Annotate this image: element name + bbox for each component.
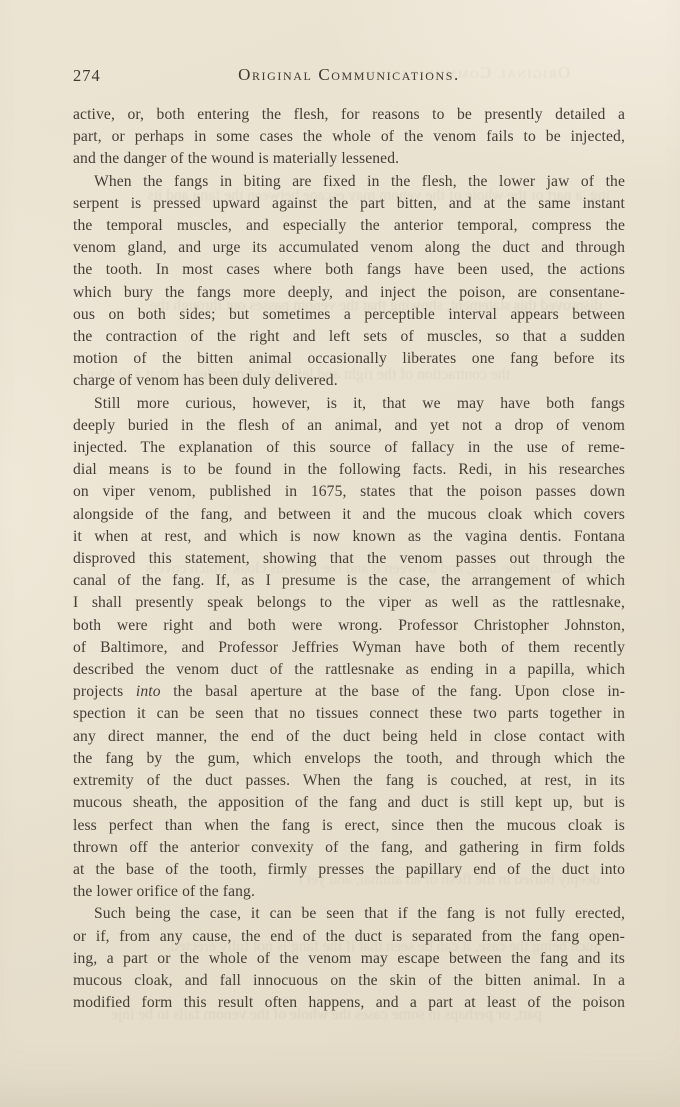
text-line: and the danger of the wound is materiall…: [73, 148, 625, 170]
text-segment: the basal aperture at the base of the fa…: [161, 683, 625, 700]
text-line: venom gland, and urge its accumulated ve…: [73, 237, 625, 259]
text-line: disproved this statement, showing that t…: [73, 548, 625, 570]
text-line: deeply buried in the flesh of an animal,…: [73, 415, 625, 437]
text-line: thrown off the anterior convexity of the…: [73, 837, 625, 859]
text-line: modified form this result often happens,…: [73, 992, 625, 1014]
text-line: When the fangs in biting are fixed in th…: [73, 171, 625, 193]
scanned-book-page: Original Communications. ing, a part or …: [0, 0, 680, 1107]
text-line: or if, from any cause, the end of the du…: [73, 926, 625, 948]
paragraph: When the fangs in biting are fixed in th…: [73, 171, 625, 393]
text-line: projects into the basal aperture at the …: [73, 681, 625, 703]
text-line: described the venom duct of the rattlesn…: [73, 659, 625, 681]
printed-content: 274 Original Communications. active, or,…: [0, 0, 680, 1107]
text-line: the lower orifice of the fang.: [73, 881, 625, 903]
text-line: extremity of the duct passes. When the f…: [73, 770, 625, 792]
page-header: 274 Original Communications.: [73, 65, 625, 87]
text-line: mucous sheath, the apposition of the fan…: [73, 792, 625, 814]
text-line: any direct manner, the end of the duct b…: [73, 726, 625, 748]
text-line: the tooth. In most cases where both fang…: [73, 259, 625, 281]
text-line: I shall presently speak belongs to the v…: [73, 592, 625, 614]
text-line: motion of the bitten animal occasionally…: [73, 348, 625, 370]
text-line: part, or perhaps in some cases the whole…: [73, 126, 625, 148]
text-line: canal of the fang. If, as I presume is t…: [73, 570, 625, 592]
text-line: it when at rest, and which is now known …: [73, 526, 625, 548]
text-line: injected. The explanation of this source…: [73, 437, 625, 459]
text-line: charge of venom has been duly delivered.: [73, 370, 625, 392]
text-line: of Baltimore, and Professor Jeffries Wym…: [73, 637, 625, 659]
italic-word: into: [136, 683, 161, 700]
text-line: Such being the case, it can be seen that…: [73, 903, 625, 925]
text-line: spection it can be seen that no tissues …: [73, 703, 625, 725]
text-line: both were right and both were wrong. Pro…: [73, 615, 625, 637]
text-line: less perfect than when the fang is erect…: [73, 815, 625, 837]
text-line: the fang by the gum, which envelops the …: [73, 748, 625, 770]
text-line: which bury the fangs more deeply, and in…: [73, 282, 625, 304]
text-line: active, or, both entering the flesh, for…: [73, 104, 625, 126]
text-line: dial means is to be found in the followi…: [73, 459, 625, 481]
body-text: active, or, both entering the flesh, for…: [73, 104, 625, 1014]
text-line: serpent is pressed upward against the pa…: [73, 193, 625, 215]
text-line: ous on both sides; but sometimes a perce…: [73, 304, 625, 326]
paragraph: Such being the case, it can be seen that…: [73, 903, 625, 1014]
text-line: at the base of the tooth, firmly presses…: [73, 859, 625, 881]
paragraph: Still more curious, however, is it, that…: [73, 393, 625, 904]
text-line: mucous cloak, and fall innocuous on the …: [73, 970, 625, 992]
running-head: Original Communications.: [73, 65, 625, 85]
paragraph: active, or, both entering the flesh, for…: [73, 104, 625, 171]
text-line: ing, a part or the whole of the venom ma…: [73, 948, 625, 970]
text-line: the temporal muscles, and especially the…: [73, 215, 625, 237]
text-line: the contraction of the right and left se…: [73, 326, 625, 348]
text-line: on viper venom, published in 1675, state…: [73, 481, 625, 503]
text-segment: projects: [73, 683, 136, 700]
text-line: Still more curious, however, is it, that…: [73, 393, 625, 415]
text-line: alongside of the fang, and between it an…: [73, 504, 625, 526]
